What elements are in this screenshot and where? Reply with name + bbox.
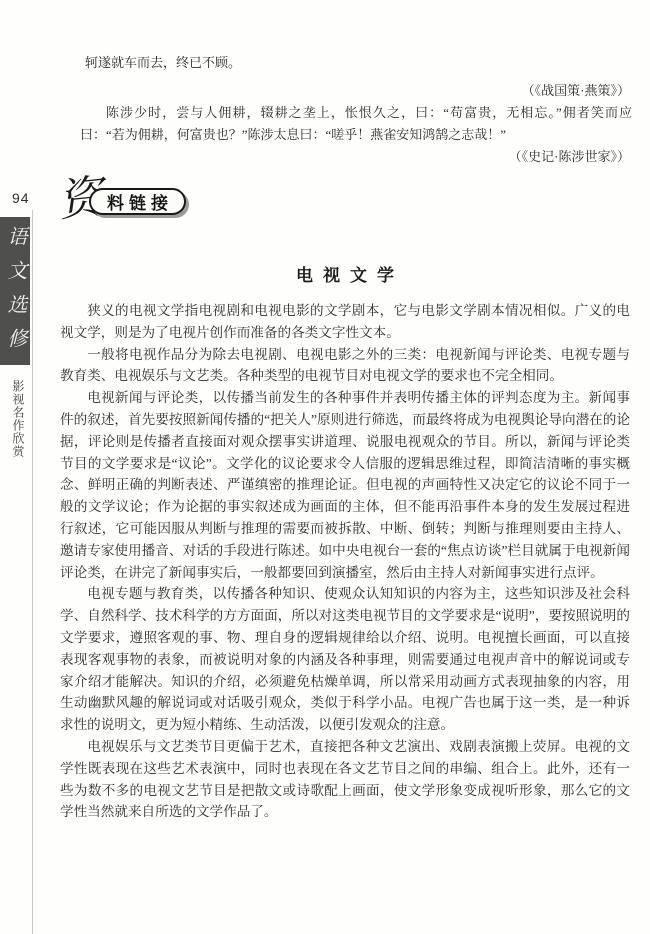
article-paragraph-4: 电视专题与教育类，以传播各种知识、使观众认知知识的内容为主，这些知识涉及社会科学…: [60, 583, 630, 736]
badge-pill-label: 料链接: [89, 188, 186, 215]
series-banner: 语文选修: [0, 217, 30, 365]
article-paragraph-2: 一般将电视作品分为除去电视剧、电视电影之外的三类：电视新闻与评论类、电视专题与教…: [60, 344, 630, 388]
quote-1-source: （《战国策·燕策》）: [60, 80, 632, 102]
quote-section: 轲遂就车而去，终已不顾。 （《战国策·燕策》） 陈涉少时，尝与人佣耕，辍耕之垄上…: [60, 52, 632, 168]
quote-2-text: 陈涉少时，尝与人佣耕，辍耕之垄上，怅恨久之，曰：“苟富贵，无相忘。”佣者笑而应曰…: [60, 102, 632, 146]
textbook-page: 轲遂就车而去，终已不顾。 （《战国策·燕策》） 陈涉少时，尝与人佣耕，辍耕之垄上…: [0, 0, 650, 934]
course-title: 影视名作欣赏: [10, 380, 27, 458]
article: 电视文学 狭义的电视文学指电视剧和电视电影的文学剧本，它与电影文学剧本情况相似。…: [60, 256, 630, 823]
series-title: 语文选修: [0, 226, 30, 365]
article-paragraph-1: 狭义的电视文学指电视剧和电视电影的文学剧本，它与电影文学剧本情况相似。广义的电视…: [60, 300, 630, 344]
page-number: 94: [12, 190, 30, 206]
page-edge-line: [32, 210, 33, 934]
article-paragraph-3: 电视新闻与评论类，以传播当前发生的各种事件并表明传播主体的评判态度为主。新闻事件…: [60, 387, 630, 583]
quote-2-source: （《史记·陈涉世家》）: [60, 146, 632, 168]
article-paragraph-5: 电视娱乐与文艺类节目更偏于艺术，直接把各种文艺演出、戏剧表演搬上荧屏。电视的文学…: [60, 736, 630, 823]
quote-1-text: 轲遂就车而去，终已不顾。: [60, 52, 632, 74]
article-title: 电视文学: [60, 256, 630, 286]
